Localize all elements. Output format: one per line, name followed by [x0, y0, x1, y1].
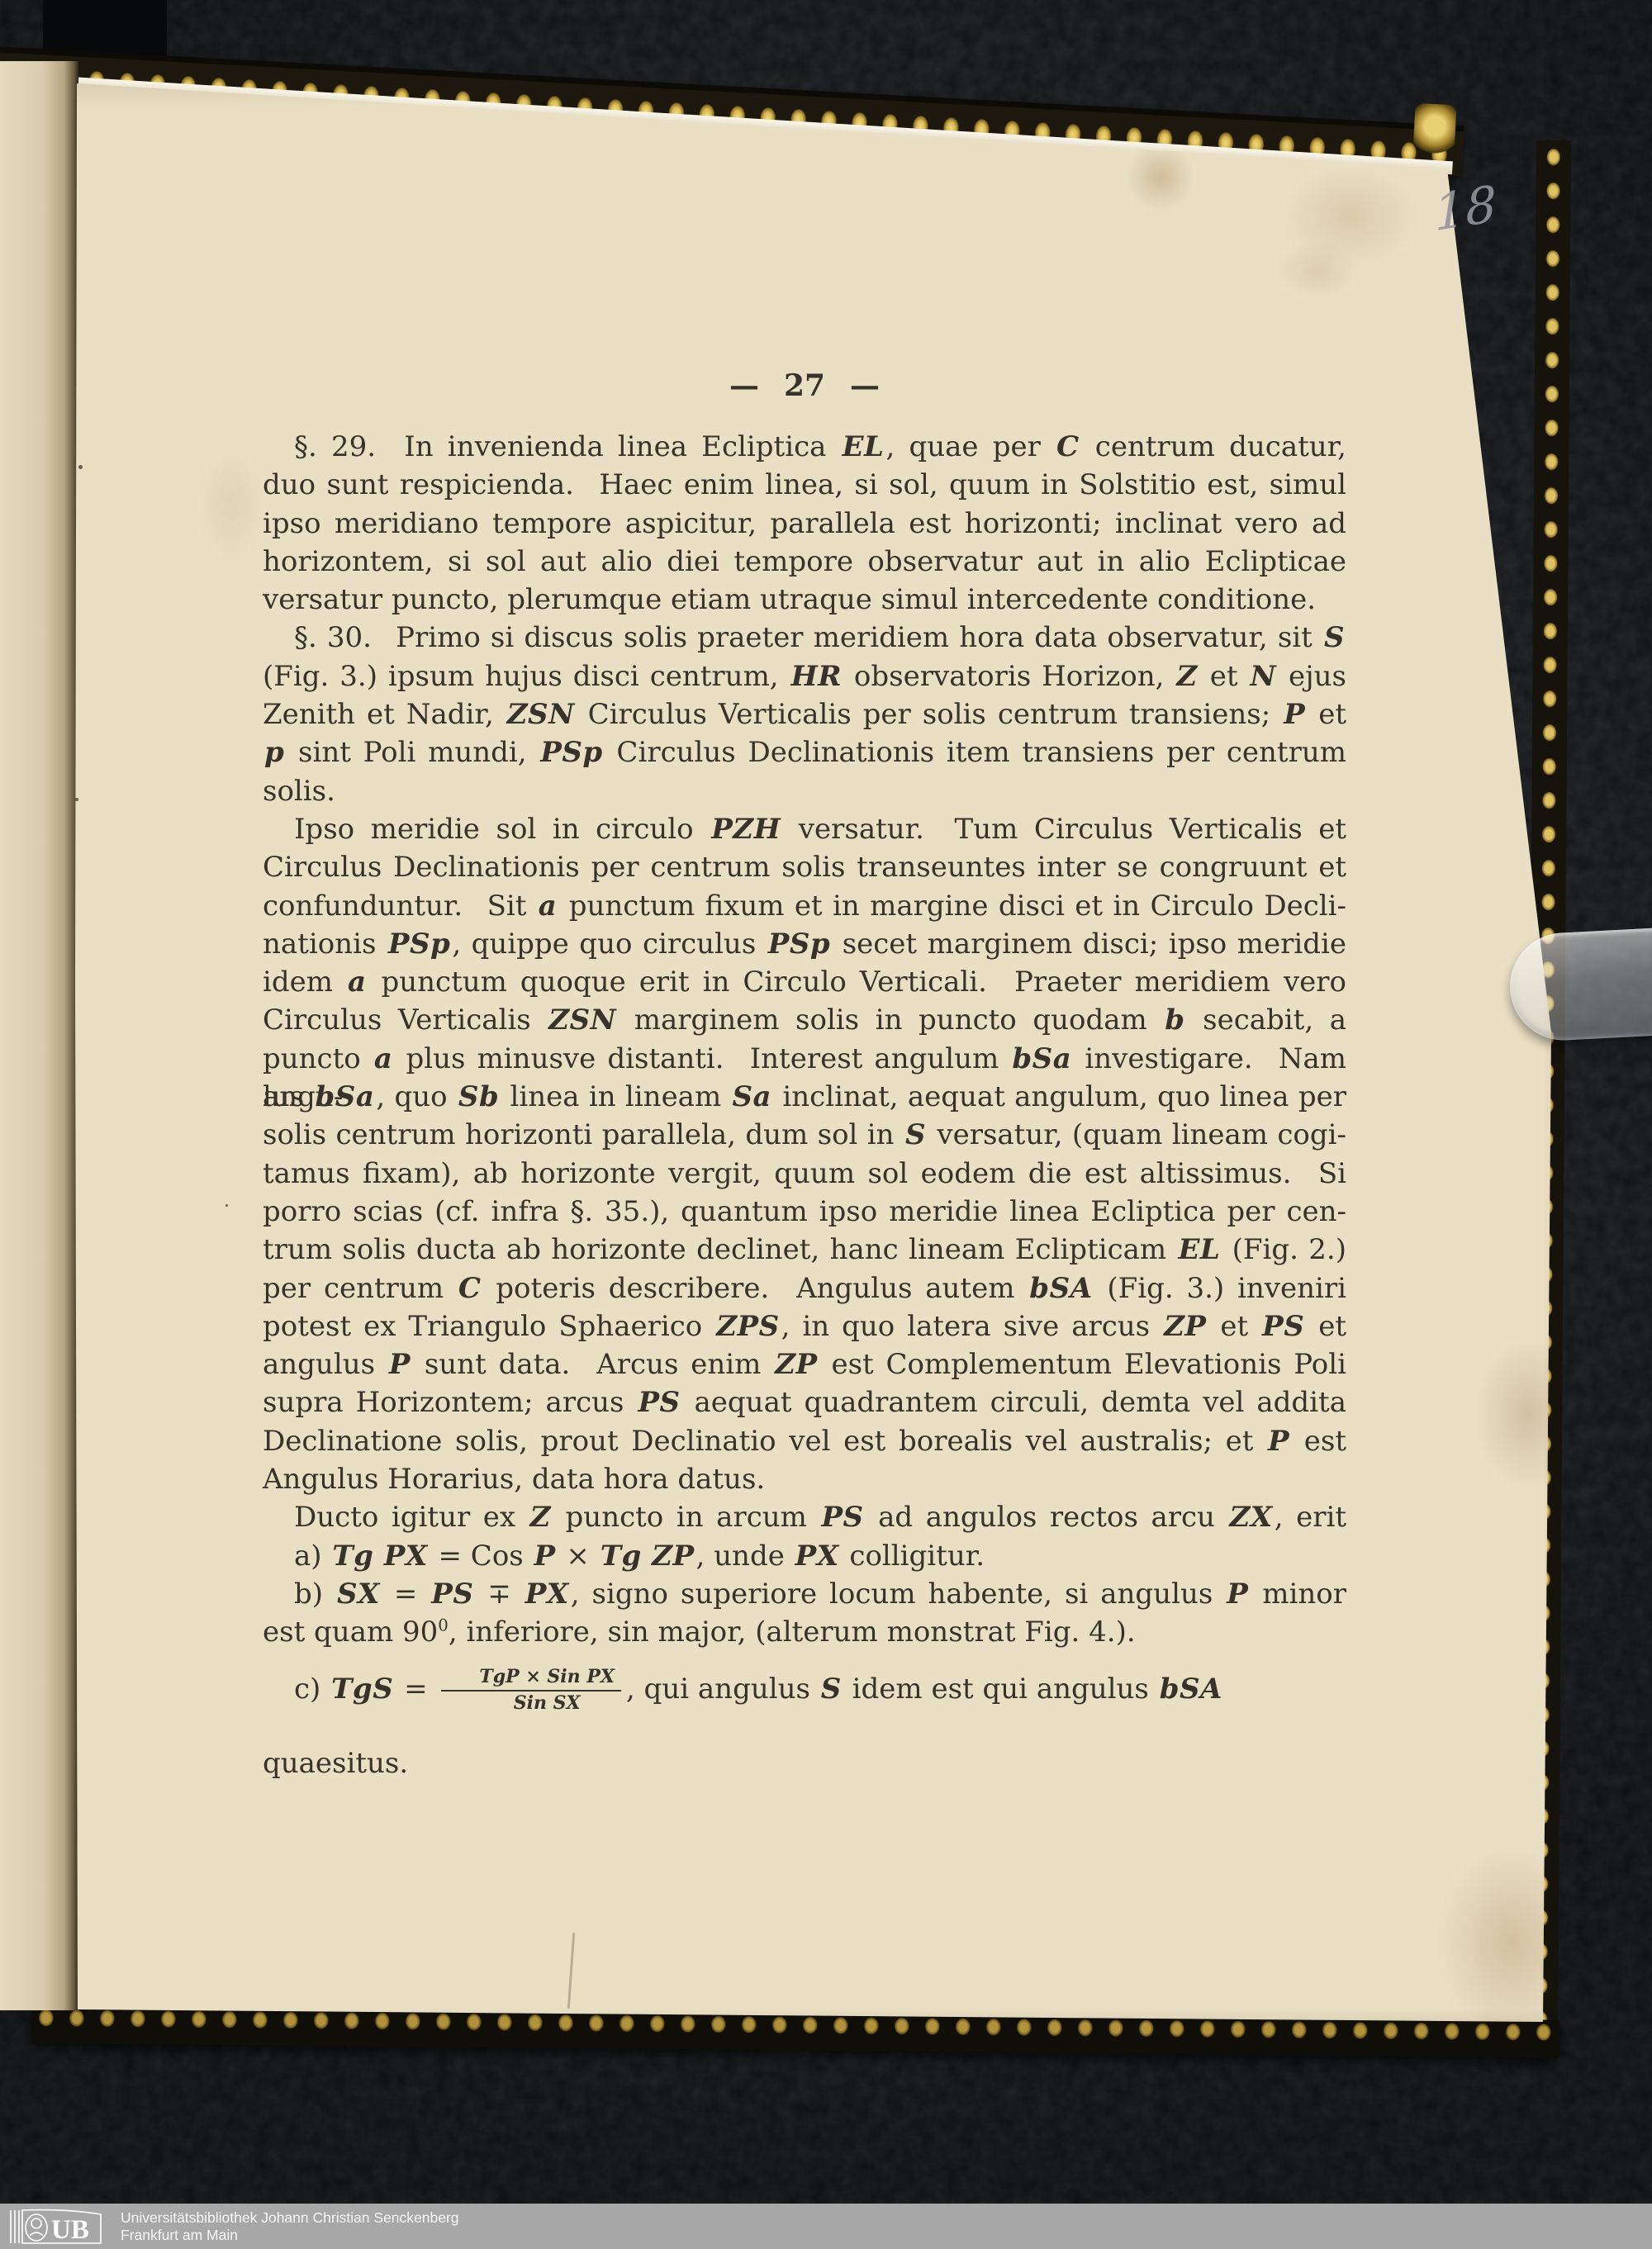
math-symbol: Z: [529, 1501, 553, 1534]
text-line: nationis PSp, quippe quo circulus PSp se…: [263, 925, 1346, 963]
text-segment: tamus fixam), ab horizonte vergit, quum …: [263, 1157, 1346, 1190]
text-line: §. 29. In invenienda linea Ecliptica EL,…: [263, 428, 1346, 466]
math-symbol: p: [263, 736, 286, 769]
math-symbol: bSA: [1028, 1272, 1094, 1305]
text-segment: ipso meridiano tempore aspicitur, parall…: [263, 507, 1346, 540]
text-segment: inclinat, aequat angulum, quo linea per: [773, 1080, 1346, 1113]
text-segment: est Complementum Elevationis Poli: [819, 1348, 1346, 1381]
text-segment: =: [382, 1578, 430, 1611]
text-segment: solis.: [263, 775, 335, 808]
math-symbol: S: [1322, 621, 1346, 654]
text-line: lus bSa, quo Sb linea in lineam Sa incli…: [263, 1078, 1346, 1116]
math-symbol: ZSN: [547, 1004, 618, 1037]
header-right-dash: —: [850, 368, 880, 403]
text-line: potest ex Triangulo Sphaerico ZPS, in qu…: [263, 1307, 1346, 1345]
text-line: duo sunt respicienda. Haec enim linea, s…: [263, 466, 1346, 504]
text-segment: sint Poli mundi,: [286, 736, 539, 769]
text-line: c) TgS = TgP × Sin PXSin SX, qui angulus…: [263, 1652, 1346, 1726]
math-symbol: ZP: [1162, 1310, 1208, 1343]
math-symbol: P: [1282, 698, 1307, 731]
math-symbol: bSa: [1010, 1042, 1073, 1075]
text-line: est quam 900, inferiore, sin major, (alt…: [263, 1613, 1346, 1651]
text-segment: et: [1306, 1310, 1346, 1343]
text-segment: punctum quoque erit in Circulo Verticali…: [368, 966, 1346, 999]
text-segment: , erit: [1275, 1501, 1346, 1534]
text-segment: = Cos: [430, 1540, 533, 1573]
text-segment: minor: [1250, 1578, 1346, 1611]
text-line: porro scias (cf. infra §. 35.), quantum …: [263, 1193, 1346, 1231]
math-symbol: Z: [1175, 660, 1199, 693]
math-symbol: C: [457, 1272, 483, 1305]
text-segment: colligitur.: [841, 1540, 985, 1573]
text-segment: puncto: [263, 1042, 373, 1075]
math-symbol: P: [1266, 1425, 1291, 1458]
text-segment: horizontem, si sol aut alio diei tempore…: [263, 545, 1346, 578]
text-segment: =: [395, 1673, 436, 1706]
text-segment: supra Horizontem; arcus: [263, 1386, 636, 1419]
text-segment: Angulus Horarius, data hora datus.: [263, 1463, 765, 1496]
text-segment: ad angulos rectos arcu: [866, 1501, 1228, 1534]
ink-speck: [78, 465, 83, 469]
text-segment: Zenith et Nadir,: [263, 698, 506, 731]
text-segment: lus: [263, 1080, 314, 1113]
text-segment: sunt data. Arcus enim: [412, 1348, 773, 1381]
math-symbol: Tg ZP: [599, 1540, 696, 1573]
library-name: Universitätsbibliothek Johann Christian …: [121, 2209, 459, 2227]
text-segment: marginem solis in puncto quodam: [618, 1004, 1163, 1037]
text-block: §. 29. In invenienda linea Ecliptica EL,…: [263, 428, 1346, 1726]
text-line: Declinatione solis, prout Declinatio vel…: [263, 1422, 1346, 1460]
text-segment: Ducto igitur ex: [294, 1501, 529, 1534]
text-segment: , unde: [696, 1540, 794, 1573]
text-line: versatur puncto, plerumque etiam utraque…: [263, 581, 1346, 619]
fraction: TgP × Sin PXSin SX: [441, 1667, 621, 1715]
text-line: idem a punctum quoque erit in Circulo Ve…: [263, 963, 1346, 1001]
text-line: Ducto igitur ex Z puncto in arcum PS ad …: [263, 1498, 1346, 1536]
paragraph: §. 29. In invenienda linea Ecliptica EL,…: [263, 428, 1346, 619]
text-segment: nationis: [263, 928, 387, 961]
text-segment: , qui angulus: [626, 1673, 819, 1706]
math-symbol: PS: [1260, 1310, 1306, 1343]
math-symbol: S: [904, 1118, 928, 1151]
text-segment: et: [1208, 1310, 1260, 1343]
text-segment: idem est qui angulus: [843, 1673, 1158, 1706]
math-symbol: PS: [636, 1386, 681, 1419]
text-segment: , quippe quo circulus: [452, 928, 766, 961]
text-line: b) SX = PS ∓ PX, signo superiore locum h…: [263, 1575, 1346, 1613]
paragraph: Ducto igitur ex Z puncto in arcum PS ad …: [263, 1498, 1346, 1725]
text-segment: versatur, (quam lineam cogi-: [928, 1118, 1346, 1151]
math-symbol: EL: [1176, 1233, 1222, 1266]
text-segment: puncto in arcum: [553, 1501, 819, 1534]
math-symbol: bSA: [1158, 1673, 1224, 1706]
text-segment: 0: [438, 1616, 449, 1635]
text-line: puncto a plus minusve distanti. Interest…: [263, 1040, 1346, 1078]
page-number: 27: [784, 368, 825, 403]
text-line: confunduntur. Sit a punctum fixum et in …: [263, 887, 1346, 925]
text-segment: Ipso meridie sol in circulo: [294, 813, 710, 846]
math-symbol: PX: [524, 1578, 571, 1611]
text-segment: et: [1199, 660, 1249, 693]
math-symbol: P: [533, 1540, 558, 1573]
math-symbol: a: [346, 966, 368, 999]
text-segment: solis centrum horizonti parallela, dum s…: [263, 1118, 904, 1151]
math-symbol: Sb: [457, 1080, 501, 1113]
math-symbol: Tg PX: [330, 1540, 429, 1573]
ub-logo: UB: [8, 2208, 107, 2246]
text-segment: aequat quadrantem circuli, demta vel add…: [682, 1386, 1346, 1419]
math-symbol: P: [1225, 1578, 1250, 1611]
text-line: (Fig. 3.) ipsum hujus disci centrum, HR …: [263, 657, 1346, 695]
text-segment: confunduntur. Sit: [263, 890, 537, 923]
text-segment: (Fig. 3.) inveniri: [1094, 1272, 1346, 1305]
text-segment: §. 30. Primo si discus solis praeter mer…: [294, 621, 1322, 654]
text-line: trum solis ducta ab horizonte declinet, …: [263, 1231, 1346, 1269]
text-segment: punctum fixum et in margine disci et in …: [558, 890, 1346, 923]
math-symbol: ZP: [773, 1348, 819, 1381]
text-line: Circulus Verticalis ZSN marginem solis i…: [263, 1001, 1346, 1039]
text-segment: Circulus Verticalis per solis centrum tr…: [577, 698, 1283, 731]
math-symbol: PSp: [539, 736, 604, 769]
ub-logo-text: UB: [51, 2215, 89, 2245]
math-symbol: a: [537, 890, 559, 923]
math-symbol: ZPS: [714, 1310, 781, 1343]
paragraph: §. 30. Primo si discus solis praeter mer…: [263, 619, 1346, 809]
text-segment: trum solis ducta ab horizonte declinet, …: [263, 1233, 1176, 1266]
text-segment: ×: [558, 1540, 599, 1573]
text-line: angulus P sunt data. Arcus enim ZP est C…: [263, 1345, 1346, 1383]
gutter-page-edge: [0, 61, 78, 2010]
text-line: a) Tg PX = Cos P × Tg ZP, unde PX collig…: [263, 1537, 1346, 1575]
text-segment: , in quo latera sive arcus: [781, 1310, 1162, 1343]
math-symbol: N: [1248, 660, 1278, 693]
header-left-dash: —: [729, 368, 759, 403]
text-segment: quaesitus.: [263, 1747, 408, 1780]
text-segment: poteris describere. Angulus autem: [482, 1272, 1028, 1305]
plastic-page-holder: [1507, 928, 1652, 1043]
text-line: Angulus Horarius, data hora datus.: [263, 1460, 1346, 1498]
text-segment: Declinatione solis, prout Declinatio vel…: [263, 1425, 1266, 1458]
text-line: ipso meridiano tempore aspicitur, parall…: [263, 505, 1346, 543]
math-symbol: S: [819, 1673, 843, 1706]
text-segment: (Fig. 2.): [1222, 1233, 1346, 1266]
math-symbol: ZX: [1228, 1501, 1275, 1534]
text-segment: c): [294, 1673, 330, 1706]
text-segment: secabit, a: [1187, 1004, 1346, 1037]
text-segment: b): [294, 1578, 335, 1611]
ink-speck: [75, 798, 78, 801]
handwritten-folio-number: 18: [1433, 175, 1498, 243]
math-symbol: Sa: [731, 1080, 774, 1113]
math-symbol: bSa: [314, 1080, 377, 1113]
text-line: Zenith et Nadir, ZSN Circulus Verticalis…: [263, 695, 1346, 733]
text-line: Circulus Declinationis per centrum solis…: [263, 848, 1346, 886]
text-line: horizontem, si sol aut alio diei tempore…: [263, 543, 1346, 581]
text-segment: idem: [263, 966, 346, 999]
text-segment: duo sunt respicienda. Haec enim linea, s…: [263, 468, 1346, 501]
text-segment: ejus: [1278, 660, 1346, 693]
text-segment: , quo: [376, 1080, 457, 1113]
text-line: solis.: [263, 772, 1346, 810]
math-symbol: a: [373, 1042, 395, 1075]
math-symbol: ZSN: [506, 698, 577, 731]
math-symbol: C: [1055, 430, 1081, 463]
text-segment: centrum ducatur,: [1081, 430, 1346, 463]
text-segment: , quae per: [885, 430, 1055, 463]
text-segment: (Fig. 3.) ipsum hujus disci centrum,: [263, 660, 790, 693]
text-line: solis centrum horizonti parallela, dum s…: [263, 1116, 1346, 1154]
library-caption: Universitätsbibliothek Johann Christian …: [121, 2209, 459, 2244]
text-segment: plus minusve distanti. Interest angulum: [394, 1042, 1010, 1075]
math-symbol: P: [387, 1348, 412, 1381]
math-symbol: HR: [790, 660, 843, 693]
text-segment: Circulus Declinationis item transiens pe…: [605, 736, 1346, 769]
page-number-header: —27—: [263, 366, 1346, 406]
text-segment: est quam 90: [263, 1616, 438, 1649]
text-segment: potest ex Triangulo Sphaerico: [263, 1310, 714, 1343]
text-segment: linea in lineam: [501, 1080, 730, 1113]
text-line: Ipso meridie sol in circulo PZH versatur…: [263, 810, 1346, 848]
text-segment: §. 29. In invenienda linea Ecliptica: [294, 430, 841, 463]
math-symbol: PX: [794, 1540, 841, 1573]
text-segment: secet marginem disci; ipso meridie: [832, 928, 1346, 961]
footer-bar: UB Universitätsbibliothek Johann Christi…: [0, 2204, 1652, 2249]
text-segment: ∓: [475, 1578, 523, 1611]
math-symbol: PSp: [387, 928, 452, 961]
text-segment: observatoris Horizon,: [843, 660, 1175, 693]
gilt-corner-ornament-icon: [1412, 103, 1456, 155]
ink-speck: [225, 1204, 228, 1207]
math-symbol: PZH: [710, 813, 782, 846]
math-symbol: PSp: [767, 928, 832, 961]
text-segment: porro scias (cf. infra §. 35.), quantum …: [263, 1195, 1346, 1228]
text-segment: Circulus Verticalis: [263, 1004, 547, 1037]
text-line: per centrum C poteris describere. Angulu…: [263, 1269, 1346, 1307]
math-symbol: PS: [430, 1578, 475, 1611]
text-line: tamus fixam), ab horizonte vergit, quum …: [263, 1155, 1346, 1193]
math-symbol: EL: [841, 430, 886, 463]
math-symbol: TgS: [330, 1673, 395, 1706]
math-symbol: PS: [819, 1501, 865, 1534]
text-segment: angulus: [263, 1348, 387, 1381]
text-segment: , signo superiore locum habente, si angu…: [571, 1578, 1226, 1611]
math-symbol: b: [1163, 1004, 1186, 1037]
text-segment: Circulus Declinationis per centrum solis…: [263, 851, 1346, 884]
text-segment: a): [294, 1540, 330, 1573]
text-segment: , inferiore, sin major, (alterum monstra…: [449, 1616, 1136, 1649]
text-line: §. 30. Primo si discus solis praeter mer…: [263, 619, 1346, 657]
library-city: Frankfurt am Main: [121, 2227, 459, 2244]
text-line: p sint Poli mundi, PSp Circulus Declinat…: [263, 733, 1346, 771]
text-segment: versatur. Tum Circulus Verticalis et: [782, 813, 1346, 846]
text-segment: per centrum: [263, 1272, 457, 1305]
math-symbol: SX: [335, 1578, 382, 1611]
text-line: supra Horizontem; arcus PS aequat quadra…: [263, 1383, 1346, 1421]
text-segment: versatur puncto, plerumque etiam utraque…: [263, 583, 1316, 616]
paragraph: Ipso meridie sol in circulo PZH versatur…: [263, 810, 1346, 1498]
text-segment: et: [1307, 698, 1346, 731]
text-segment: est: [1291, 1425, 1346, 1458]
